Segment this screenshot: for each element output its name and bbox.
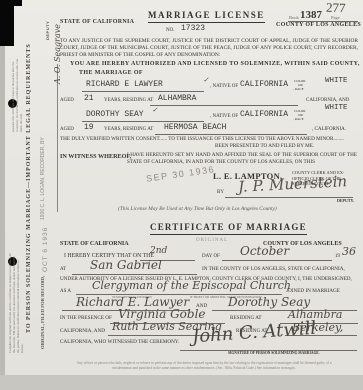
bride-aged-label: AGED [60, 127, 74, 133]
margin-divider-line [57, 64, 58, 212]
certificate-title: CERTIFICATE OF MARRIAGE [150, 223, 307, 235]
groom-checkmark: ✓ [203, 77, 209, 85]
header-state: STATE OF CALIFORNIA [60, 19, 134, 26]
scan-left-edge [0, 46, 5, 376]
consent-line-1: THE DULY VERIFIED WRITTEN CONSENT...... … [60, 137, 344, 143]
book-number: 1387 [300, 9, 322, 21]
filing-date-stamp: SEP 30 1936 [146, 165, 216, 184]
deputy-label: DEPUTY. [337, 199, 354, 203]
month-line [222, 260, 332, 261]
groom-aged-label: AGED [60, 98, 74, 104]
bride-residence-line [155, 134, 307, 135]
margin-note-top: separate this certificate and hand to th… [11, 56, 23, 132]
margin-deputy-label: DEPUTY [46, 14, 50, 40]
usage-note: (This License May Be Used at Any Time Bu… [118, 207, 277, 213]
filed-date-stamp: OCT 6 1936 [42, 224, 49, 272]
margin-vertical-title: TO PERSON SOLEMNIZING MARRIAGE—IMPORTANT… [26, 55, 33, 333]
presence-label: IN THE PRESENCE OF [60, 316, 112, 322]
bride-name: DOROTHY SEAY [86, 111, 144, 120]
year-value: 36 [342, 246, 356, 258]
place-suffix: IN THE COUNTY OF LOS ANGELES, STATE OF C… [202, 267, 345, 273]
consent-line-2: BEEN PRESENTED TO AND FILED BY ME. [215, 144, 314, 150]
groom-age-value: 21 [84, 95, 94, 104]
groom-residence-value: ALHAMBRA [158, 95, 196, 104]
place-line [72, 274, 197, 275]
scan-corner-black [0, 0, 14, 46]
day-of-label: DAY OF [202, 254, 220, 260]
place-value: San Gabriel [90, 259, 162, 272]
recorder-stamp: 1936 C. L. LOGAN, RECORDER, BY [41, 120, 47, 220]
groom-residence-suffix: CALIFORNIA, AND [306, 98, 349, 104]
month-value: October [240, 245, 289, 258]
license-no-label: NO. [166, 28, 174, 34]
at-label: AT [60, 267, 66, 273]
bride-age-value: 19 [84, 124, 94, 133]
california-and-label: CALIFORNIA, AND [60, 329, 105, 335]
bride-residence-suffix: , CALIFORNIA. [312, 127, 346, 133]
groom-color-label-3: , RACE [293, 88, 304, 92]
deputy-signature-line [225, 197, 353, 198]
addressee-paragraph: TO ANY JUSTICE OF THE SUPREME COURT, JUS… [60, 38, 358, 59]
bride-race-value: WHITE [325, 104, 348, 112]
witness-whereof-label: IN WITNESS WHEREOF, [60, 154, 131, 161]
officiant-signature-caption: SIGNATURE OF PERSON SOLEMNIZING MARRIAGE… [228, 352, 320, 356]
authorization-line: YOU ARE HEREBY AUTHORIZED AND LICENSED T… [70, 61, 360, 68]
license-no-value: 17323 [181, 25, 205, 34]
deputy-clerk-signature: J. P. Muerstein [238, 173, 348, 195]
bride-name-line [82, 121, 204, 122]
witness-whereof-text: I HAVE HEREUNTO SET MY HAND AND AFFIXED … [127, 152, 357, 166]
penalty-note: Any officer or person who fails, neglect… [68, 361, 340, 371]
original-label: ORIGINAL [196, 238, 228, 244]
marriage-of-line: THE MARRIAGE OF [79, 70, 143, 77]
joined-label: JOINED IN MARRIAGE [286, 289, 340, 295]
groom-residing-label: YEARS, RESIDING AT [104, 98, 153, 104]
groom-residence-line [150, 105, 298, 106]
by-label: BY [217, 190, 224, 196]
bride-color-label-3: , RACE [293, 118, 304, 122]
ceremony-line: CALIFORNIA, WHO WITNESSED THE CEREMONY. [60, 340, 179, 346]
official-position-value: Clergyman of the Episcopal Church [92, 280, 291, 292]
license-title: MARRIAGE LICENSE [148, 11, 265, 23]
bride-native-label: , NATIVE OF [210, 114, 238, 120]
bride-residence-value: HERMOSA BEACH [164, 124, 226, 133]
day-value: 2nd [150, 247, 167, 257]
certificate-state: STATE OF CALIFORNIA [60, 241, 129, 248]
groom-native-label: , NATIVE OF [210, 84, 238, 90]
year-prefix: 19 [335, 254, 340, 260]
scanned-marriage-license-document: TO PERSON SOLEMNIZING MARRIAGE—IMPORTANT… [0, 0, 363, 390]
header-county: COUNTY OF LOS ANGELES [276, 22, 361, 29]
bride-native-value: CALIFORNIA [240, 111, 288, 120]
groom-name-line [82, 91, 204, 92]
page-corner-number: 277 [326, 1, 346, 16]
groom-name: RICHARD E LAWYER [86, 81, 163, 90]
scan-bottom-strip [0, 375, 363, 390]
as-a-label: AS A [60, 289, 71, 295]
scan-edge-black [0, 0, 22, 6]
bride-residing-label: YEARS, RESIDING AT [104, 127, 153, 133]
groom-race-value: WHITE [325, 77, 348, 85]
groom-native-value: CALIFORNIA [240, 81, 288, 90]
filed-for-record-label: ORIGINAL, FILED FOR RECORD, [40, 269, 45, 349]
margin-note-bottom: Complete the original certificate and th… [8, 253, 24, 353]
bride-checkmark: ✓ [152, 107, 158, 115]
